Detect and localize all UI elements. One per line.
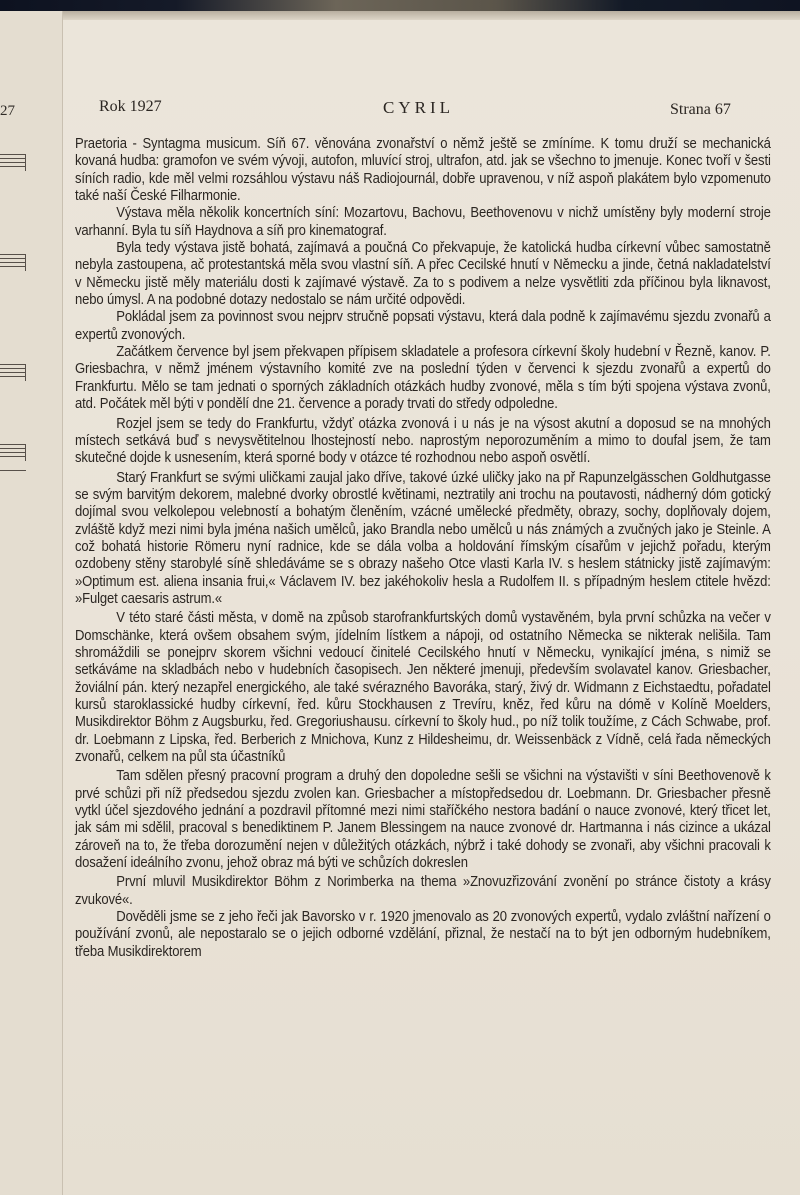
scan-top-shadow <box>0 11 800 20</box>
previous-page-number: 27 <box>0 103 15 120</box>
paragraph: První mluvil Musikdirektor Böhm z Norimb… <box>75 873 771 908</box>
paragraph: Tam sdělen přesný pracovní program a dru… <box>75 767 771 871</box>
music-staff-fragment <box>0 364 26 381</box>
header-page-number: Strana 67 <box>670 101 731 119</box>
previous-page-margin: 27 <box>0 11 63 1195</box>
scan-top-edge <box>0 0 800 11</box>
header-year: Rok 1927 <box>99 98 162 116</box>
paragraph: V této staré části města, v domě na způs… <box>75 609 771 765</box>
paragraph: Praetoria - Syntagma musicum. Síň 67. vě… <box>75 135 771 204</box>
paragraph: Byla tedy výstava jistě bohatá, zajímavá… <box>75 239 771 308</box>
paragraph: Začátkem července byl jsem překvapen pří… <box>75 343 771 412</box>
margin-rule <box>0 470 26 471</box>
music-staff-fragment <box>0 444 26 461</box>
music-staff-fragment <box>0 254 26 271</box>
paragraph: Starý Frankfurt se svými uličkami zaujal… <box>75 469 771 608</box>
paragraph: Dověděli jsme se z jeho řeči jak Bavorsk… <box>75 908 771 960</box>
header-journal-title: CYRIL <box>383 98 454 118</box>
paragraph: Pokládal jsem za povinnost svou nejprv s… <box>75 308 771 343</box>
article-body: Praetoria - Syntagma musicum. Síň 67. vě… <box>75 135 674 960</box>
paragraph: Rozjel jsem se tedy do Frankfurtu, vždyť… <box>75 415 771 467</box>
running-header: Rok 1927 CYRIL Strana 67 <box>63 98 800 122</box>
document-page: Rok 1927 CYRIL Strana 67 Praetoria - Syn… <box>63 20 800 1195</box>
music-staff-fragment <box>0 154 26 171</box>
paragraph: Výstava měla několik koncertních síní: M… <box>75 204 771 239</box>
